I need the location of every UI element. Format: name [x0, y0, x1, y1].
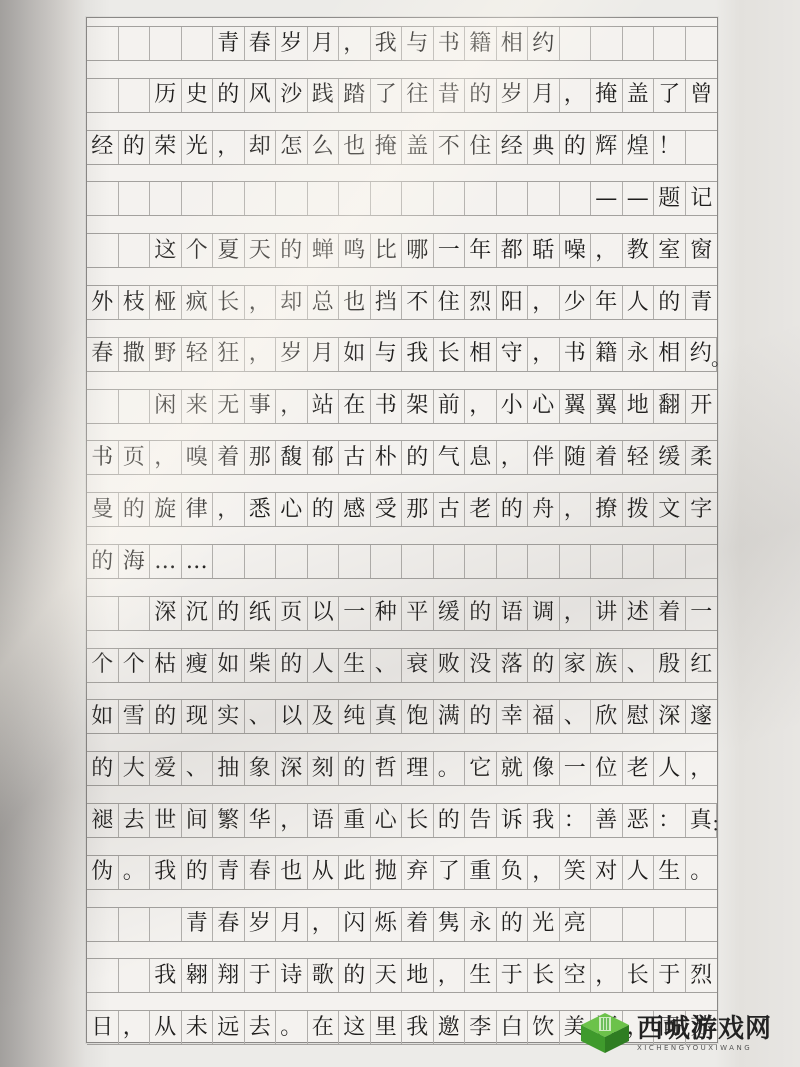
- grid-cell: 人: [623, 286, 655, 319]
- grid-cell: 的: [182, 856, 214, 889]
- grid-cell: 那: [245, 441, 277, 474]
- grid-cell: [465, 182, 497, 215]
- grid-cell: 郁: [308, 441, 340, 474]
- grid-cell: 落: [497, 649, 529, 682]
- grid-cell: 书: [434, 27, 466, 60]
- grid-cell: 生: [339, 649, 371, 682]
- grid-cell: [528, 182, 560, 215]
- grid-cell: [623, 545, 655, 578]
- grid-cell: 曾: [686, 79, 718, 112]
- grid-cell: [119, 597, 151, 630]
- grid-cell: 挡: [371, 286, 403, 319]
- grid-cell: [213, 545, 245, 578]
- grid-cell: 比: [371, 234, 403, 267]
- grid-cell: 盖: [402, 131, 434, 164]
- grid-cell: 聒: [528, 234, 560, 267]
- grid-cell: 柴: [245, 649, 277, 682]
- grid-cell: 拨: [623, 493, 655, 526]
- grid-cell: 也: [339, 286, 371, 319]
- grid-cell: 住: [434, 286, 466, 319]
- grid-cell: 窗: [686, 234, 718, 267]
- grid-cell: 站: [308, 390, 340, 423]
- grid-cell: 天: [371, 959, 403, 992]
- grid-cell: 也: [339, 131, 371, 164]
- grid-cell: ：: [654, 804, 686, 837]
- grid-cell: ，: [528, 286, 560, 319]
- grid-cell: 语: [497, 597, 529, 630]
- grid-cell: [371, 182, 403, 215]
- grid-cell: 缓: [654, 441, 686, 474]
- grid-cell: 狂: [213, 338, 245, 371]
- grid-cell: 哪: [402, 234, 434, 267]
- grid-cell: 的: [434, 804, 466, 837]
- grid-cell: [119, 27, 151, 60]
- grid-cell: 架: [402, 390, 434, 423]
- grid-cell: [497, 545, 529, 578]
- grid-cell: —: [591, 182, 623, 215]
- grid-cell: 籍: [591, 338, 623, 371]
- grid-cell: 荣: [150, 131, 182, 164]
- grid-cell: 古: [339, 441, 371, 474]
- grid-cell: 开: [686, 390, 718, 423]
- grid-cell: 。: [276, 1011, 308, 1044]
- grid-cell: 伴: [528, 441, 560, 474]
- grid-cell: 岁: [245, 908, 277, 941]
- grid-cell: 史: [182, 79, 214, 112]
- grid-cell: 野: [150, 338, 182, 371]
- grid-cell: ，: [339, 27, 371, 60]
- grid-cell: 永: [465, 908, 497, 941]
- grid-cell: 恶: [623, 804, 655, 837]
- grid-cell: 的: [213, 79, 245, 112]
- grid-cell: 深: [654, 700, 686, 733]
- grid-cell: 文: [654, 493, 686, 526]
- grid-cell: ，: [308, 908, 340, 941]
- grid-cell: 重: [465, 856, 497, 889]
- grid-cell: 、: [560, 700, 592, 733]
- grid-cell: 生: [654, 856, 686, 889]
- grid-cell: 撒: [119, 338, 151, 371]
- grid-cell: 不: [402, 286, 434, 319]
- grid-cell: [434, 182, 466, 215]
- grid-cell: 旋: [150, 493, 182, 526]
- grid-cell: 、: [245, 700, 277, 733]
- grid-cell: 红: [686, 649, 718, 682]
- watermark-name-en: XICHENGYOUXIWANG: [637, 1044, 772, 1052]
- grid-cell: 伪: [87, 856, 119, 889]
- grid-cell: 弃: [402, 856, 434, 889]
- grid-cell: ，: [434, 959, 466, 992]
- grid-cell: 经: [497, 131, 529, 164]
- grid-cell: 饮: [528, 1011, 560, 1044]
- grid-cell: [150, 27, 182, 60]
- grid-cell: [654, 545, 686, 578]
- grid-cell: 的: [339, 959, 371, 992]
- grid-cell: [591, 908, 623, 941]
- grid-cell: 的: [497, 493, 529, 526]
- grid-cell: ，: [119, 1011, 151, 1044]
- grid-cell: [276, 182, 308, 215]
- grid-cell: [119, 908, 151, 941]
- grid-cell: 着: [654, 597, 686, 630]
- grid-cell: 长: [623, 959, 655, 992]
- grid-cell: 就: [497, 752, 529, 785]
- grid-cell: 了: [371, 79, 403, 112]
- grid-cell: 我: [402, 1011, 434, 1044]
- grid-cell: [402, 545, 434, 578]
- grid-cell: 、: [371, 649, 403, 682]
- grid-cell: 月: [308, 338, 340, 371]
- grid-cell: 的: [276, 649, 308, 682]
- grid-cell: 及: [308, 700, 340, 733]
- grid-cell: 饱: [402, 700, 434, 733]
- grid-cell: 典: [528, 131, 560, 164]
- grid-row: 历史的风沙践踏了往昔的岁月，掩盖了曾: [87, 78, 717, 113]
- grid-cell: ，: [591, 959, 623, 992]
- grid-cell: 抛: [371, 856, 403, 889]
- grid-cell: 的: [497, 908, 529, 941]
- grid-cell: 悉: [245, 493, 277, 526]
- grid-cell: 煌: [623, 131, 655, 164]
- grid-cell: 讲: [591, 597, 623, 630]
- grid-cell: 此: [339, 856, 371, 889]
- grid-row: 曼的旋律，悉心的感受那古老的舟，撩拨文字: [87, 492, 717, 527]
- grid-cell: ，: [276, 390, 308, 423]
- grid-cell: ，: [560, 79, 592, 112]
- grid-cell: 轻: [182, 338, 214, 371]
- grid-cell: 没: [465, 649, 497, 682]
- grid-cell: [182, 182, 214, 215]
- grid-cell: 春: [213, 908, 245, 941]
- grid-cell: 青: [182, 908, 214, 941]
- grid-cell: 老: [465, 493, 497, 526]
- grid-cell: —: [623, 182, 655, 215]
- grid-row: 青春岁月，我与书籍相约: [87, 26, 717, 61]
- grid-cell: …: [150, 545, 182, 578]
- manuscript-paper: 青春岁月，我与书籍相约 历史的风沙践踏了往昔的岁月，掩盖了曾经的荣光，却怎么也掩…: [86, 17, 718, 1043]
- grid-cell: 理: [402, 752, 434, 785]
- grid-cell: [654, 908, 686, 941]
- grid-cell: 的: [465, 700, 497, 733]
- grid-cell: [87, 27, 119, 60]
- grid-cell: [654, 27, 686, 60]
- grid-cell: 题: [654, 182, 686, 215]
- grid-cell: 鸣: [339, 234, 371, 267]
- grid-cell: 间: [182, 804, 214, 837]
- grid-cell: 总: [308, 286, 340, 319]
- grid-cell: 年: [591, 286, 623, 319]
- grid-cell: 古: [434, 493, 466, 526]
- grid-cell: 字: [686, 493, 718, 526]
- grid-cell: 华: [245, 804, 277, 837]
- grid-cell: 邀: [434, 1011, 466, 1044]
- grid-cell: 息: [465, 441, 497, 474]
- watermark-name-cn: 西城游戏网: [637, 1014, 772, 1044]
- grid-cell: 心: [528, 390, 560, 423]
- grid-row: ——题记: [87, 181, 717, 216]
- grid-cell: 的: [402, 441, 434, 474]
- grid-cell: [119, 959, 151, 992]
- grid-cell: 的: [528, 649, 560, 682]
- grid-cell: 感: [339, 493, 371, 526]
- grid-cell: [87, 182, 119, 215]
- grid-cell: ，: [528, 338, 560, 371]
- grid-row: 个个枯瘦如柴的人生、衰败没落的家族、殷红: [87, 648, 717, 683]
- grid-cell: 位: [591, 752, 623, 785]
- grid-cell: 岁: [276, 338, 308, 371]
- grid-cell: [87, 79, 119, 112]
- grid-cell: 的: [465, 597, 497, 630]
- grid-cell: 事: [245, 390, 277, 423]
- grid-cell: 长: [528, 959, 560, 992]
- grid-cell: [339, 545, 371, 578]
- grid-cell: [623, 908, 655, 941]
- grid-cell: 外: [87, 286, 119, 319]
- grid-cell: [623, 27, 655, 60]
- grid-cell: 的: [560, 131, 592, 164]
- grid-cell: 烈: [465, 286, 497, 319]
- grid-cell: 的: [213, 597, 245, 630]
- grid-cell: ，: [213, 493, 245, 526]
- grid-cell: ！: [654, 131, 686, 164]
- grid-cell: 昔: [434, 79, 466, 112]
- grid-cell: 蝉: [308, 234, 340, 267]
- grid-cell: 诉: [497, 804, 529, 837]
- grid-cell: 枯: [150, 649, 182, 682]
- grid-cell: 轻: [623, 441, 655, 474]
- grid-cell: [560, 182, 592, 215]
- grid-cell: [150, 182, 182, 215]
- grid-cell: ，: [150, 441, 182, 474]
- grid-cell: [686, 545, 718, 578]
- grid-cell: 来: [182, 390, 214, 423]
- grid-cell: 的: [276, 234, 308, 267]
- grid-cell: [119, 234, 151, 267]
- grid-cell: 像: [528, 752, 560, 785]
- grid-cell: 踏: [339, 79, 371, 112]
- grid-cell: 曼: [87, 493, 119, 526]
- grid-cell: [182, 27, 214, 60]
- overflow-punctuation: 。: [711, 342, 731, 371]
- grid-cell: [308, 545, 340, 578]
- grid-cell: 光: [528, 908, 560, 941]
- grid-cell: 与: [402, 27, 434, 60]
- grid-cell: 随: [560, 441, 592, 474]
- grid-cell: [686, 27, 718, 60]
- grid-cell: 春: [245, 27, 277, 60]
- grid-cell: 教: [623, 234, 655, 267]
- grid-row: 经的荣光，却怎么也掩盖不住经典的辉煌！: [87, 130, 717, 165]
- grid-cell: 年: [465, 234, 497, 267]
- grid-cell: 书: [371, 390, 403, 423]
- grid-cell: 缓: [434, 597, 466, 630]
- grid-cell: ，: [560, 597, 592, 630]
- grid-cell: [686, 908, 718, 941]
- grid-cell: 一: [339, 597, 371, 630]
- grid-cell: 李: [465, 1011, 497, 1044]
- grid-cell: [87, 597, 119, 630]
- grid-cell: 负: [497, 856, 529, 889]
- grid-cell: 我: [150, 856, 182, 889]
- grid-cell: 枝: [119, 286, 151, 319]
- grid-cell: 沙: [276, 79, 308, 112]
- grid-cell: 于: [654, 959, 686, 992]
- grid-cell: [87, 908, 119, 941]
- grid-cell: 我: [402, 338, 434, 371]
- grid-cell: 月: [308, 27, 340, 60]
- grid-cell: [371, 545, 403, 578]
- grid-cell: 烁: [371, 908, 403, 941]
- grid-cell: 长: [402, 804, 434, 837]
- grid-cell: 风: [245, 79, 277, 112]
- grid-cell: 气: [434, 441, 466, 474]
- grid-cell: 、: [182, 752, 214, 785]
- grid-cell: 族: [591, 649, 623, 682]
- grid-cell: 语: [308, 804, 340, 837]
- grid-cell: 月: [276, 908, 308, 941]
- grid-cell: 柔: [686, 441, 718, 474]
- grid-cell: 善: [591, 804, 623, 837]
- grid-cell: 纸: [245, 597, 277, 630]
- grid-cell: 纯: [339, 700, 371, 733]
- grid-cell: 空: [560, 959, 592, 992]
- grid-row: 青春岁月，闪烁着隽永的光亮: [87, 907, 717, 942]
- grid-cell: 的: [119, 131, 151, 164]
- grid-cell: 去: [245, 1011, 277, 1044]
- grid-cell: 页: [119, 441, 151, 474]
- grid-cell: 深: [276, 752, 308, 785]
- grid-cell: 哲: [371, 752, 403, 785]
- grid-cell: 个: [87, 649, 119, 682]
- grid-cell: 青: [686, 286, 718, 319]
- grid-cell: 春: [245, 856, 277, 889]
- grid-cell: 书: [560, 338, 592, 371]
- grid-cell: 辉: [591, 131, 623, 164]
- grid-cell: 个: [119, 649, 151, 682]
- grid-cell: 日: [87, 1011, 119, 1044]
- grid-cell: 心: [371, 804, 403, 837]
- grid-cell: 去: [119, 804, 151, 837]
- grid-cell: 前: [434, 390, 466, 423]
- grid-cell: 老: [623, 752, 655, 785]
- grid-cell: 翔: [213, 959, 245, 992]
- grid-cell: 褪: [87, 804, 119, 837]
- grid-cell: 阳: [497, 286, 529, 319]
- grid-cell: [87, 234, 119, 267]
- grid-cell: 翼: [560, 390, 592, 423]
- grid-cell: 瘦: [182, 649, 214, 682]
- grid-cell: [150, 908, 182, 941]
- grid-cell: 么: [308, 131, 340, 164]
- grid-row: 的大爱、抽象深刻的哲理。它就像一位老人，: [87, 751, 717, 786]
- grid-cell: 邃: [686, 700, 718, 733]
- grid-cell: 家: [560, 649, 592, 682]
- grid-cell: 幸: [497, 700, 529, 733]
- grid-row: 这个夏天的蝉鸣比哪一年都聒噪，教室窗: [87, 233, 717, 268]
- grid-cell: ，: [591, 234, 623, 267]
- grid-row: 褪去世间繁华，语重心长的告诉我：善恶：真：: [87, 803, 717, 838]
- grid-cell: 笑: [560, 856, 592, 889]
- grid-cell: 光: [182, 131, 214, 164]
- grid-cell: ，: [276, 804, 308, 837]
- grid-cell: 重: [339, 804, 371, 837]
- grid-cell: 从: [150, 1011, 182, 1044]
- grid-cell: 雪: [119, 700, 151, 733]
- grid-cell: 我: [371, 27, 403, 60]
- grid-cell: ，: [497, 441, 529, 474]
- grid-cell: 于: [245, 959, 277, 992]
- grid-cell: 慰: [623, 700, 655, 733]
- grid-cell: [591, 27, 623, 60]
- grid-cell: 经: [87, 131, 119, 164]
- grid-cell: 、: [623, 649, 655, 682]
- grid-cell: 不: [434, 131, 466, 164]
- grid-cell: 历: [150, 79, 182, 112]
- grid-cell: 的: [150, 700, 182, 733]
- grid-cell: 室: [654, 234, 686, 267]
- grid-cell: 告: [465, 804, 497, 837]
- grid-cell: [402, 182, 434, 215]
- grid-cell: 它: [465, 752, 497, 785]
- grid-cell: 夏: [213, 234, 245, 267]
- grid-cell: [497, 182, 529, 215]
- grid-cell: 翻: [654, 390, 686, 423]
- grid-cell: 人: [623, 856, 655, 889]
- grid-cell: [245, 545, 277, 578]
- grid-cell: 朴: [371, 441, 403, 474]
- grid-cell: 的: [87, 545, 119, 578]
- grid-cell: 以: [276, 700, 308, 733]
- grid-cell: 一: [434, 234, 466, 267]
- grid-cell: [434, 545, 466, 578]
- grid-cell: 心: [276, 493, 308, 526]
- grid-cell: 却: [245, 131, 277, 164]
- grid-cell: ，: [465, 390, 497, 423]
- grid-cell: 践: [308, 79, 340, 112]
- grid-cell: 深: [150, 597, 182, 630]
- grid-cell: 那: [402, 493, 434, 526]
- grid-cell: 调: [528, 597, 560, 630]
- grid-cell: 相: [497, 27, 529, 60]
- grid-cell: 的: [308, 493, 340, 526]
- grid-cell: 撩: [591, 493, 623, 526]
- grid-cell: [560, 545, 592, 578]
- grid-cell: [87, 959, 119, 992]
- grid-cell: 疯: [182, 286, 214, 319]
- grid-cell: 馥: [276, 441, 308, 474]
- grid-cell: 地: [402, 959, 434, 992]
- grid-row: 闲来无事，站在书架前，小心翼翼地翻开: [87, 389, 717, 424]
- grid-cell: 长: [434, 338, 466, 371]
- grid-cell: 里: [371, 1011, 403, 1044]
- grid-cell: 闲: [150, 390, 182, 423]
- grid-row: 书页，嗅着那馥郁古朴的气息，伴随着轻缓柔: [87, 440, 717, 475]
- grid-cell: [276, 545, 308, 578]
- grid-cell: 了: [434, 856, 466, 889]
- grid-cell: 我: [528, 804, 560, 837]
- grid-row: 我翱翔于诗歌的天地，生于长空，长于烈: [87, 958, 717, 993]
- grid-cell: ，: [560, 493, 592, 526]
- grid-cell: 守: [497, 338, 529, 371]
- grid-row: 如雪的现实、以及纯真饱满的幸福、欣慰深邃: [87, 699, 717, 734]
- grid-cell: 这: [339, 1011, 371, 1044]
- grid-cell: 页: [276, 597, 308, 630]
- grid-cell: 噪: [560, 234, 592, 267]
- grid-cell: 小: [497, 390, 529, 423]
- grid-cell: 相: [465, 338, 497, 371]
- grid-cell: 个: [182, 234, 214, 267]
- grid-cell: 满: [434, 700, 466, 733]
